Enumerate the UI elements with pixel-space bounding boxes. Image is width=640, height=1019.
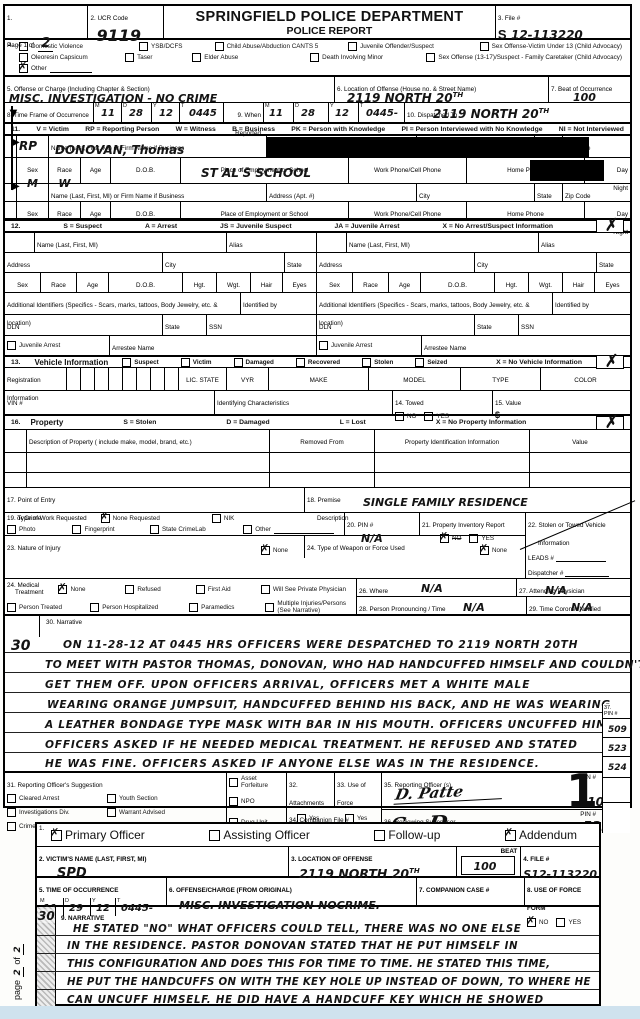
person-treated-checkbox[interactable] — [7, 603, 16, 612]
person-hospitalized-checkbox[interactable] — [90, 603, 99, 612]
ysb-dcfs-checkbox[interactable] — [139, 42, 148, 51]
removed-from-header: Removed From — [300, 439, 343, 446]
fingerprint-label: Fingerprint — [84, 526, 114, 533]
identified-by-label: Identified by — [243, 302, 277, 309]
p2-box5-number: 5. — [39, 887, 44, 894]
box21-number: 21. — [422, 522, 431, 529]
work-phone-label: Work Phone/Cell Phone — [374, 167, 441, 174]
vehicle-damaged-checkbox[interactable] — [234, 358, 243, 367]
dln-label: DLN — [7, 324, 20, 331]
arrest-key: A = Arrest — [145, 223, 177, 230]
vehicle-suspect-checkbox[interactable] — [122, 358, 131, 367]
box12-number: 12. — [11, 223, 20, 230]
nik-checkbox[interactable] — [212, 514, 221, 523]
box7-number: 7. — [551, 86, 556, 93]
victim-key: V = Victim — [36, 126, 69, 133]
arrestee-name-label: Arrestee Name — [112, 345, 154, 352]
domestic-violence-checkbox[interactable] — [19, 42, 28, 51]
person1-employment: ST AL'S SCHOOL — [201, 166, 311, 180]
arrestee-name-label: Arrestee Name — [424, 345, 466, 352]
juvenile-offender-checkbox[interactable] — [348, 42, 357, 51]
work-requested-label: Type of Work Requested — [17, 515, 86, 522]
addendum-checkbox[interactable] — [505, 830, 516, 841]
model-label: MODEL — [403, 377, 425, 384]
suspect-address-label: Address — [7, 262, 30, 269]
box24-number: 24. — [307, 545, 316, 552]
timeframe-day: 28 — [129, 108, 143, 119]
vehicle-check-label: Seized — [427, 359, 447, 366]
dln-state-label: State — [165, 324, 180, 331]
damaged-key: D = Damaged — [226, 419, 269, 426]
report-title: POLICE REPORT — [166, 25, 493, 37]
weapon-force-label: Type of Weapon or Force Used — [317, 545, 404, 552]
vehicle-info-title: Vehicle Information — [34, 358, 108, 367]
box31-number: 31. — [7, 782, 16, 789]
person-name-label: Name (Last, First, MI) or Firm Name if B… — [51, 193, 184, 200]
alias-label: Alias — [541, 242, 555, 249]
p2-beat-value: 100 — [474, 860, 497, 873]
multiple-injuries-checkbox[interactable] — [265, 603, 274, 612]
narrative-line: HE STATED "NO" WHAT OFFICERS COULD TELL,… — [73, 924, 521, 935]
narrative-line: THIS CONFIGURATION AND DOES THIS FOR TIM… — [67, 959, 550, 970]
box23-number: 23. — [7, 545, 16, 552]
suspect-hgt-label: Hgt. — [506, 282, 518, 289]
narrative-title: Narrative — [57, 619, 83, 626]
suspect-eyes-label: Eyes — [606, 282, 620, 289]
file-number-label: File # — [505, 15, 520, 22]
witness-key: W = Witness — [176, 126, 216, 133]
narrative-line: CAN UNCUFF HIMSELF. HE DID HAVE A HANDCU… — [67, 995, 544, 1006]
classification-label: Elder Abuse — [204, 54, 238, 61]
p2-beat-label: BEAT — [501, 848, 518, 855]
page-number-stamp: 1 — [566, 764, 598, 818]
box17-number: 17. — [7, 497, 16, 504]
suspect-hair-label: Hair — [573, 282, 585, 289]
suspect-age-label: Age — [399, 282, 410, 289]
box1-number: 1. — [7, 15, 12, 22]
suggestion-label: Youth Section — [119, 795, 158, 802]
refused-label: Refused — [137, 586, 160, 593]
vehicle-stolen-checkbox[interactable] — [362, 358, 371, 367]
vehicle-check-label: Recovered — [308, 359, 340, 366]
elder-abuse-checkbox[interactable] — [192, 53, 201, 62]
ssn-label: SSN — [209, 324, 222, 331]
sex-offense-13-17-checkbox[interactable] — [426, 53, 435, 62]
narrative-line: A LEATHER BONDAGE TYPE MASK WITH BAR IN … — [45, 719, 612, 731]
time-label: T — [117, 898, 120, 904]
person-city-label: City — [419, 193, 430, 200]
warrant-advised-checkbox[interactable] — [107, 808, 116, 817]
narrative-line: IN THE RESIDENCE. PASTOR DONOVAN STATED … — [67, 941, 518, 952]
suspect-city-label: City — [477, 262, 488, 269]
work-other-label: Other — [255, 526, 271, 533]
p2-box2-number: 2. — [39, 856, 44, 863]
attending-physician-value: N/A — [545, 584, 567, 597]
box33-number: 33. — [337, 782, 346, 789]
force-yes-label: Yes — [357, 815, 367, 822]
work-phone-label: Work Phone/Cell Phone — [374, 211, 441, 218]
multiple-injuries-label: Multiple Injuries/Persons(See Narrative) — [277, 600, 346, 614]
race-label: Race — [57, 167, 72, 174]
weapon-none-label: None — [492, 547, 507, 554]
juvenile-arrest-label: Juvenile Arrest — [19, 342, 60, 349]
suspect-state-label: State — [599, 262, 614, 269]
sex-label: Sex — [27, 211, 38, 218]
private-physician-checkbox[interactable] — [261, 585, 270, 594]
classification-label: Death Involving Minor — [322, 54, 383, 61]
value-label: Value — [506, 400, 522, 407]
towed-label: Towed — [405, 400, 423, 407]
pin37-value: 524 — [608, 763, 627, 773]
narrative-line: HE PUT THE HANDCUFFS ON WITH THE KEY HOL… — [67, 977, 591, 988]
pin37-value: 509 — [608, 725, 627, 735]
box16-number: 16. — [11, 419, 20, 426]
timeframe-time: 0445 — [189, 108, 217, 119]
pin-column: 37.PIN # 509 523 524 — [602, 704, 630, 833]
age-label: Age — [90, 211, 101, 218]
taser-checkbox[interactable] — [125, 53, 134, 62]
private-physician-label: Will See Private Physician — [273, 586, 346, 593]
first-aid-label: First Aid — [208, 586, 231, 593]
person-pronouncing-label: Person Pronouncing / Time — [370, 606, 446, 613]
sex-offense-u13-checkbox[interactable] — [480, 42, 489, 51]
lic-state-label: LIC. STATE — [186, 377, 219, 384]
redaction-bar-phone — [530, 160, 604, 181]
point-of-entry-label: Point of Entry — [18, 497, 56, 504]
narrative-line: TO MEET WITH PASTOR THOMAS, DONOVAN, WHO… — [45, 659, 640, 671]
p2-narrative-title: NARRATIVE — [68, 915, 104, 922]
leads-label: LEADS # — [528, 555, 554, 562]
person-address-label: Address (Apt. #) — [269, 193, 315, 200]
person-pronouncing-value: N/A — [463, 601, 485, 614]
box27-number: 27. — [519, 588, 528, 595]
vehicle-check-label: Stolen — [374, 359, 393, 366]
weapon-none-checkbox[interactable] — [480, 546, 489, 555]
suspect-race-label: Race — [51, 282, 66, 289]
p2-offense-label: OFFENSE/CHARGE (FROM ORIGINAL) — [176, 887, 292, 894]
vehicle-seized-checkbox[interactable] — [415, 358, 424, 367]
location-value: 2119 NORTH 20TH — [347, 91, 463, 105]
pk-key: PK = Person with Knowledge — [291, 126, 385, 133]
death-minor-checkbox[interactable] — [310, 53, 319, 62]
stolen-towed-label: Stolen or Towed VehicleInformation — [528, 522, 606, 547]
nature-of-injury-label: Nature of Injury — [18, 545, 61, 552]
p2-box6-number: 6. — [169, 887, 174, 894]
classification-label: Taser — [137, 54, 152, 61]
where-label: Where — [370, 588, 389, 595]
asset-forfeiture-checkbox[interactable] — [229, 778, 238, 787]
ssn-label: SSN — [521, 324, 534, 331]
suspect-sex-label: Sex — [17, 282, 28, 289]
vin-label: VIN # — [7, 400, 23, 407]
stolen-key: S = Stolen — [123, 419, 156, 426]
identified-by-label: Identified by — [555, 302, 589, 309]
suspect-key: S = Suspect — [63, 223, 102, 230]
vehicle-check-label: Suspect — [134, 359, 159, 366]
no-property-info-key: X = No Property Information — [436, 419, 526, 426]
paramedics-label: Paramedics — [201, 604, 234, 611]
suspect-wgt-label: Wgt. — [539, 282, 552, 289]
redaction-bar-address — [267, 137, 589, 157]
suspect-hair-label: Hair — [261, 282, 273, 289]
reporting-person-key: RP = Reporting Person — [85, 126, 159, 133]
type-label: TYPE — [492, 377, 508, 384]
box10-number: 10. — [407, 112, 416, 119]
person-hospitalized-label: Person Hospitalized — [102, 604, 158, 611]
box28-number: 28. — [359, 606, 368, 613]
premise-description-value: SINGLE FAMILY RESIDENCE — [363, 496, 528, 509]
department-title: SPRINGFIELD POLICE DEPARTMENT — [166, 9, 493, 25]
juvenile-arrest-checkbox[interactable] — [7, 341, 16, 350]
primary-officer-checkbox[interactable] — [51, 830, 62, 841]
p2-box3-number: 3. — [291, 856, 296, 863]
age-label: Age — [90, 167, 101, 174]
assisting-officer-label: Assisting Officer — [223, 828, 309, 842]
box13-number: 13. — [11, 359, 20, 366]
no-vehicle-info-key: X = No Vehicle Information — [496, 359, 582, 366]
none-requested-label: None Requested — [113, 515, 160, 522]
property-inventory-label: Property Inventory Report — [433, 522, 505, 529]
leads-blank — [556, 554, 606, 562]
suspect-name-label: Name (Last, First, MI) — [37, 242, 98, 249]
npo-label: NPO — [241, 798, 255, 805]
suspect-dob-label: D.O.B. — [448, 282, 467, 289]
year-label: Y — [92, 898, 96, 904]
person-state-label: State — [537, 193, 552, 200]
no-property-info-markbox[interactable] — [596, 416, 624, 430]
suspect-address-label: Address — [319, 262, 342, 269]
dispatcher-label: Dispatcher # — [528, 570, 563, 577]
employment-label: Place of Employment or School — [221, 211, 309, 218]
vyr-label: VYR — [241, 377, 254, 384]
officer-suggestion-label: Reporting Officer's Suggestion — [18, 782, 103, 789]
box14-number: 14. — [395, 400, 404, 407]
dispatched-value: 2119 NORTH 20TH — [433, 107, 549, 121]
box26-number: 26. — [359, 588, 368, 595]
suspect-dob-label: D.O.B. — [136, 282, 155, 289]
suspect-wgt-label: Wgt. — [227, 282, 240, 289]
vehicle-check-label: Victim — [193, 359, 212, 366]
suspect-race-label: Race — [363, 282, 378, 289]
box35-number: 35. — [384, 782, 393, 789]
youth-section-checkbox[interactable] — [107, 794, 116, 803]
injury-none-checkbox[interactable] — [261, 546, 270, 555]
person-zip-label: Zip Code — [565, 193, 591, 200]
juvenile-arrest-key: JA = Juvenile Arrest — [335, 223, 400, 230]
box15-number: 15. — [495, 400, 504, 407]
home-phone-label: Home Phone — [507, 211, 544, 218]
day-label: D — [65, 898, 69, 904]
investigations-checkbox[interactable] — [7, 808, 16, 817]
juvenile-suspect-key: JS = Juvenile Suspect — [220, 223, 292, 230]
asset-forfeiture-label: Asset Forfeiture — [241, 776, 279, 790]
business-key: B = Business — [232, 126, 275, 133]
box3-number: 3. — [498, 15, 503, 22]
p2-box8-number: 8. — [527, 887, 532, 894]
no-suspect-info-markbox[interactable] — [596, 219, 624, 233]
timeframe-label: Time Frame of Occurrence — [14, 112, 89, 119]
other-label: Other — [31, 65, 47, 72]
p2-narrative-margin-number: 30 — [38, 909, 55, 923]
make-label: MAKE — [310, 377, 328, 384]
lost-key: L = Lost — [340, 419, 366, 426]
photo-label: Photo — [19, 526, 35, 533]
classification-label: Oleoresin Capsicum — [31, 54, 88, 61]
day-label: D — [295, 103, 299, 109]
photo-checkbox[interactable] — [7, 525, 16, 534]
suggestion-label: Warrant Advised — [119, 809, 165, 816]
classification-label: Juvenile Offender/Suspect — [360, 43, 434, 50]
scan-edge-background — [0, 1006, 640, 1019]
juvenile-arrest-label: Juvenile Arrest — [331, 342, 372, 349]
narrative-footer-block: 30. Narrative 30 ON 11-28-12 AT 0445 HRS… — [5, 616, 630, 837]
medical-none-label: None — [70, 586, 85, 593]
dob-label: D.O.B. — [136, 211, 155, 218]
page1-form: 1. Page 1 of 2 2. UCR Code 9119 SPRINGFI… — [3, 4, 632, 808]
p2-box9-number: 9. — [61, 915, 66, 922]
classification-label: Sex Offense (13-17)/Suspect - Family Car… — [438, 54, 622, 61]
juvenile-arrest-checkbox[interactable] — [319, 341, 328, 350]
box2-number: 2. — [90, 15, 95, 22]
suspect-city-label: City — [165, 262, 176, 269]
color-label: COLOR — [574, 377, 596, 384]
box22-number: 22. — [528, 522, 537, 529]
work-other-checkbox[interactable] — [243, 525, 252, 534]
cleared-arrest-checkbox[interactable] — [7, 794, 16, 803]
identifying-characteristics-label: Identifying Characteristics — [217, 400, 289, 407]
other-classification-checkbox[interactable] — [19, 64, 28, 73]
box25-number: 24. — [7, 582, 16, 589]
p2-narrative: 30 9. NARRATIVE HE STATED "NO" WHAT OFFI… — [37, 907, 599, 1019]
p2-location-label: LOCATION OF OFFENSE — [298, 856, 372, 863]
medical-none-checkbox[interactable] — [58, 585, 67, 594]
box19-number: 19. — [7, 515, 16, 522]
person-treated-label: Person Treated — [19, 604, 62, 611]
refused-checkbox[interactable] — [125, 585, 134, 594]
p2-box7-number: 7. — [419, 887, 424, 894]
primary-officer-label: Primary Officer — [65, 828, 145, 842]
box29-number: 29. — [529, 606, 538, 613]
follow-up-checkbox[interactable] — [374, 830, 385, 841]
fingerprint-checkbox[interactable] — [72, 525, 81, 534]
dln-state-label: State — [477, 324, 492, 331]
nik-label: NIK — [224, 515, 235, 522]
assisting-officer-checkbox[interactable] — [209, 830, 220, 841]
box20-number: 20. — [347, 522, 356, 529]
narrative-line: HE WAS FINE. OFFICERS ASKED IF ANYONE EL… — [45, 758, 540, 770]
reported-month: 11 — [269, 108, 283, 119]
classification-label: Child Abuse/Abduction CANTS 5 — [227, 43, 319, 50]
scanned-police-report: 1. Page 1 of 2 2. UCR Code 9119 SPRINGFI… — [0, 0, 640, 1019]
narrative-margin-number: 30 — [11, 638, 30, 654]
classification-label: YSB/DCFS — [151, 43, 183, 50]
page-2-of-2-label: page 2 of 2 — [12, 944, 23, 1000]
p2-companion-label: COMPANION CASE # — [426, 887, 489, 894]
classification-label: Domestic Violence — [31, 43, 83, 50]
suspect-hgt-label: Hgt. — [194, 282, 206, 289]
classification-label: Sex Offense-Victim Under 13 (Child Advoc… — [492, 43, 622, 50]
p2-box1-number: 1. — [39, 825, 44, 832]
property-id-header: Property Identification Information — [405, 439, 499, 446]
offense-value: MISC. INVESTIGATION - NO CRIME — [9, 92, 217, 105]
crimelab-label: State CrimeLab — [162, 526, 206, 533]
crimelab-checkbox[interactable] — [150, 525, 159, 534]
month-label: M — [40, 898, 45, 904]
reported-time: 0445- — [366, 108, 398, 119]
p2-time-label: TIME OF OCCURRENCE — [46, 887, 118, 894]
suspect-age-label: Age — [87, 282, 98, 289]
addendum-label: Addendum — [519, 828, 577, 842]
ni-key: NI = Not Interviewed — [559, 126, 624, 133]
property-description-header: Description of Property ( include make, … — [29, 439, 192, 446]
suspect-name-label: Name (Last, First, MI) — [349, 242, 410, 249]
dispatcher-blank — [565, 569, 609, 577]
sex-label: Sex — [27, 167, 38, 174]
vehicle-victim-checkbox[interactable] — [181, 358, 190, 367]
box18-number: 18. — [307, 497, 316, 504]
work-other-blank — [274, 526, 334, 534]
narrative-line: GET THEM OFF. UPON OFFICERS ARRIVAL, OFF… — [45, 679, 530, 691]
narrative-line: ON 11-28-12 AT 0445 HRS OFFICERS WERE DE… — [63, 639, 578, 651]
npo-checkbox[interactable] — [229, 797, 238, 806]
reported-year: 12 — [335, 108, 349, 119]
when-reported-label1: When — [245, 112, 261, 119]
injury-none-label: None — [273, 547, 288, 554]
page2-form: 1. Primary Officer Assisting Officer Fol… — [35, 822, 601, 1006]
pi-key: PI = Person Interviewed with No Knowledg… — [401, 126, 542, 133]
box9-number: 9. — [238, 112, 243, 119]
p2-box4-number: 4. — [523, 856, 528, 863]
attachments-yes-label: Yes — [309, 815, 319, 822]
reported-day: 28 — [301, 108, 315, 119]
first-aid-checkbox[interactable] — [196, 585, 205, 594]
none-requested-checkbox[interactable] — [101, 514, 110, 523]
alias-label: Alias — [229, 242, 243, 249]
property-value-header: Value — [572, 439, 588, 446]
year-label: Y — [330, 103, 334, 109]
suspect-eyes-label: Eyes — [293, 282, 307, 289]
suspect-state-label: State — [287, 262, 302, 269]
box32-number: 32. — [289, 782, 298, 789]
p2-victim-name-label: VICTIM'S NAME (LAST, FIRST, MI) — [46, 856, 147, 863]
month-label: M — [265, 103, 270, 109]
narrative-line: WEARING ORANGE JUMPSUIT, HANDCUFFED BEHI… — [47, 699, 611, 711]
where-value: N/A — [421, 582, 443, 595]
follow-up-label: Follow-up — [388, 828, 440, 842]
reporting-person-name: DONOVAN, Thomas — [55, 143, 184, 157]
dob-label: D.O.B. — [136, 167, 155, 174]
timeframe-year: 12 — [159, 108, 173, 119]
paramedics-checkbox[interactable] — [189, 603, 198, 612]
timeframe-month: 11 — [101, 108, 115, 119]
p2-file-label: FILE # — [530, 856, 549, 863]
box6-number: 6. — [337, 86, 342, 93]
no-vehicle-info-markbox[interactable] — [596, 355, 624, 369]
no-suspect-info-key: X = No Arrest/Suspect Information — [442, 223, 553, 230]
crime-prevention-checkbox[interactable] — [7, 822, 16, 831]
narrative-line: OFFICERS ASKED IF HE NEEDED MEDICAL TREA… — [45, 739, 578, 751]
vehicle-recovered-checkbox[interactable] — [296, 358, 305, 367]
pin37-value: 523 — [608, 744, 627, 754]
suggestion-label: Cleared Arrest — [19, 795, 59, 802]
suspect-sex-label: Sex — [329, 282, 340, 289]
box30-number: 30. — [46, 619, 55, 626]
coroner-value: N/A — [571, 601, 593, 614]
child-abuse-checkbox[interactable] — [215, 42, 224, 51]
attachments-label: Attachments — [289, 800, 324, 807]
dln-label: DLN — [319, 324, 332, 331]
suggestion-label: Investigations Div. — [19, 809, 70, 816]
